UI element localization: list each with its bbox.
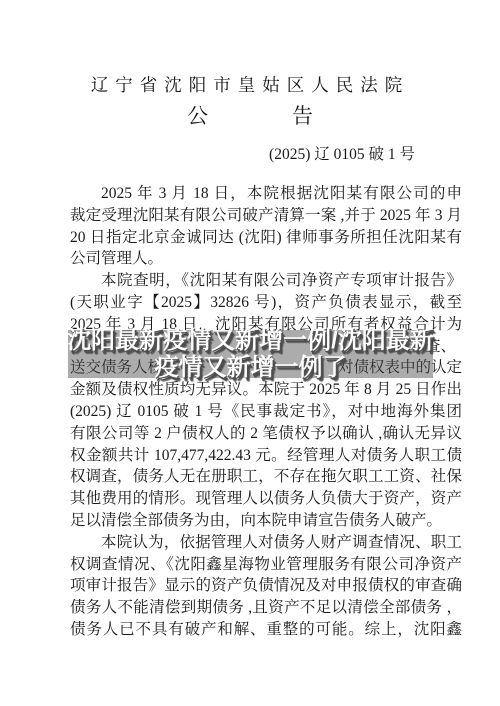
document-line: 债务人已不具有破产和解、重整的可能。综上，沈阳鑫 [70, 619, 462, 641]
document-line: 公司管理人。 [70, 248, 462, 270]
document-line: (2025) 辽 0105 破 1 号《民事裁定书》，对中地海外集团 [70, 401, 462, 423]
court-announcement-page: 辽宁省沈阳市皇姑区人民法院 公 告 (2025) 辽 0105 破 1 号 20… [0, 0, 500, 706]
announcement-title: 公 告 [0, 100, 500, 130]
document-line: 金额及债权性质均无异议。本院于 2025 年 8 月 25 日作出 [70, 379, 462, 401]
headline-overlay: 沈阳最新疫情又新增一例/沈阳最新 疫情又新增一例了 [58, 327, 443, 381]
document-line: 权调查，债务人无在册职工，不存在拖欠职工工资、社保及 [70, 466, 462, 488]
document-line: (天职业字【2025】32826 号)，资产负债表显示，截至 [70, 292, 462, 314]
document-line: 权金额共计 107,477,422.43 元。经管理人对债务人职工债 [70, 445, 462, 467]
document-line: 本院认为，依据管理人对债务人财产调查情况、职工债 [70, 532, 462, 554]
document-line: 权调查情况、《沈阳鑫星海物业管理服务有限公司净资产专 [70, 554, 462, 576]
headline-line-2: 疫情又新增一例了 [58, 354, 443, 381]
court-name-heading: 辽宁省沈阳市皇姑区人民法院 [0, 72, 500, 97]
document-line: 本院查明，《沈阳某有限公司净资产专项审计报告》 [70, 270, 462, 292]
document-line: 有限公司等 2 户债权人的 2 笔债权予以确认 ,确认无异议债 [70, 423, 462, 445]
headline-line-1: 沈阳最新疫情又新增一例/沈阳最新 [58, 327, 443, 354]
document-line: 20 日指定北京金诚同达 (沈阳) 律师事务所担任沈阳某有限 [70, 227, 462, 249]
document-body: 2025 年 3 月 18 日，本院根据沈阳某有限公司的申请，裁定受理沈阳某有限… [70, 183, 462, 641]
document-line: 足以清偿全部债务为由，向本院申请宣告债务人破产。 [70, 510, 462, 532]
document-line: 2025 年 3 月 18 日，本院根据沈阳某有限公司的申请， [70, 183, 462, 205]
document-line: 项审计报告》显示的资产负债情况及对申报债权的审查确认， [70, 575, 462, 597]
document-line: 裁定受理沈阳某有限公司破产清算一案 ,并于 2025 年 3 月 [70, 205, 462, 227]
document-line: 债务人不能清偿到期债务 ,且资产不足以清偿全部债务 ， [70, 597, 462, 619]
case-number: (2025) 辽 0105 破 1 号 [0, 142, 500, 164]
document-line: 其他费用的情形。现管理人以债务人负债大于资产，资产不 [70, 488, 462, 510]
